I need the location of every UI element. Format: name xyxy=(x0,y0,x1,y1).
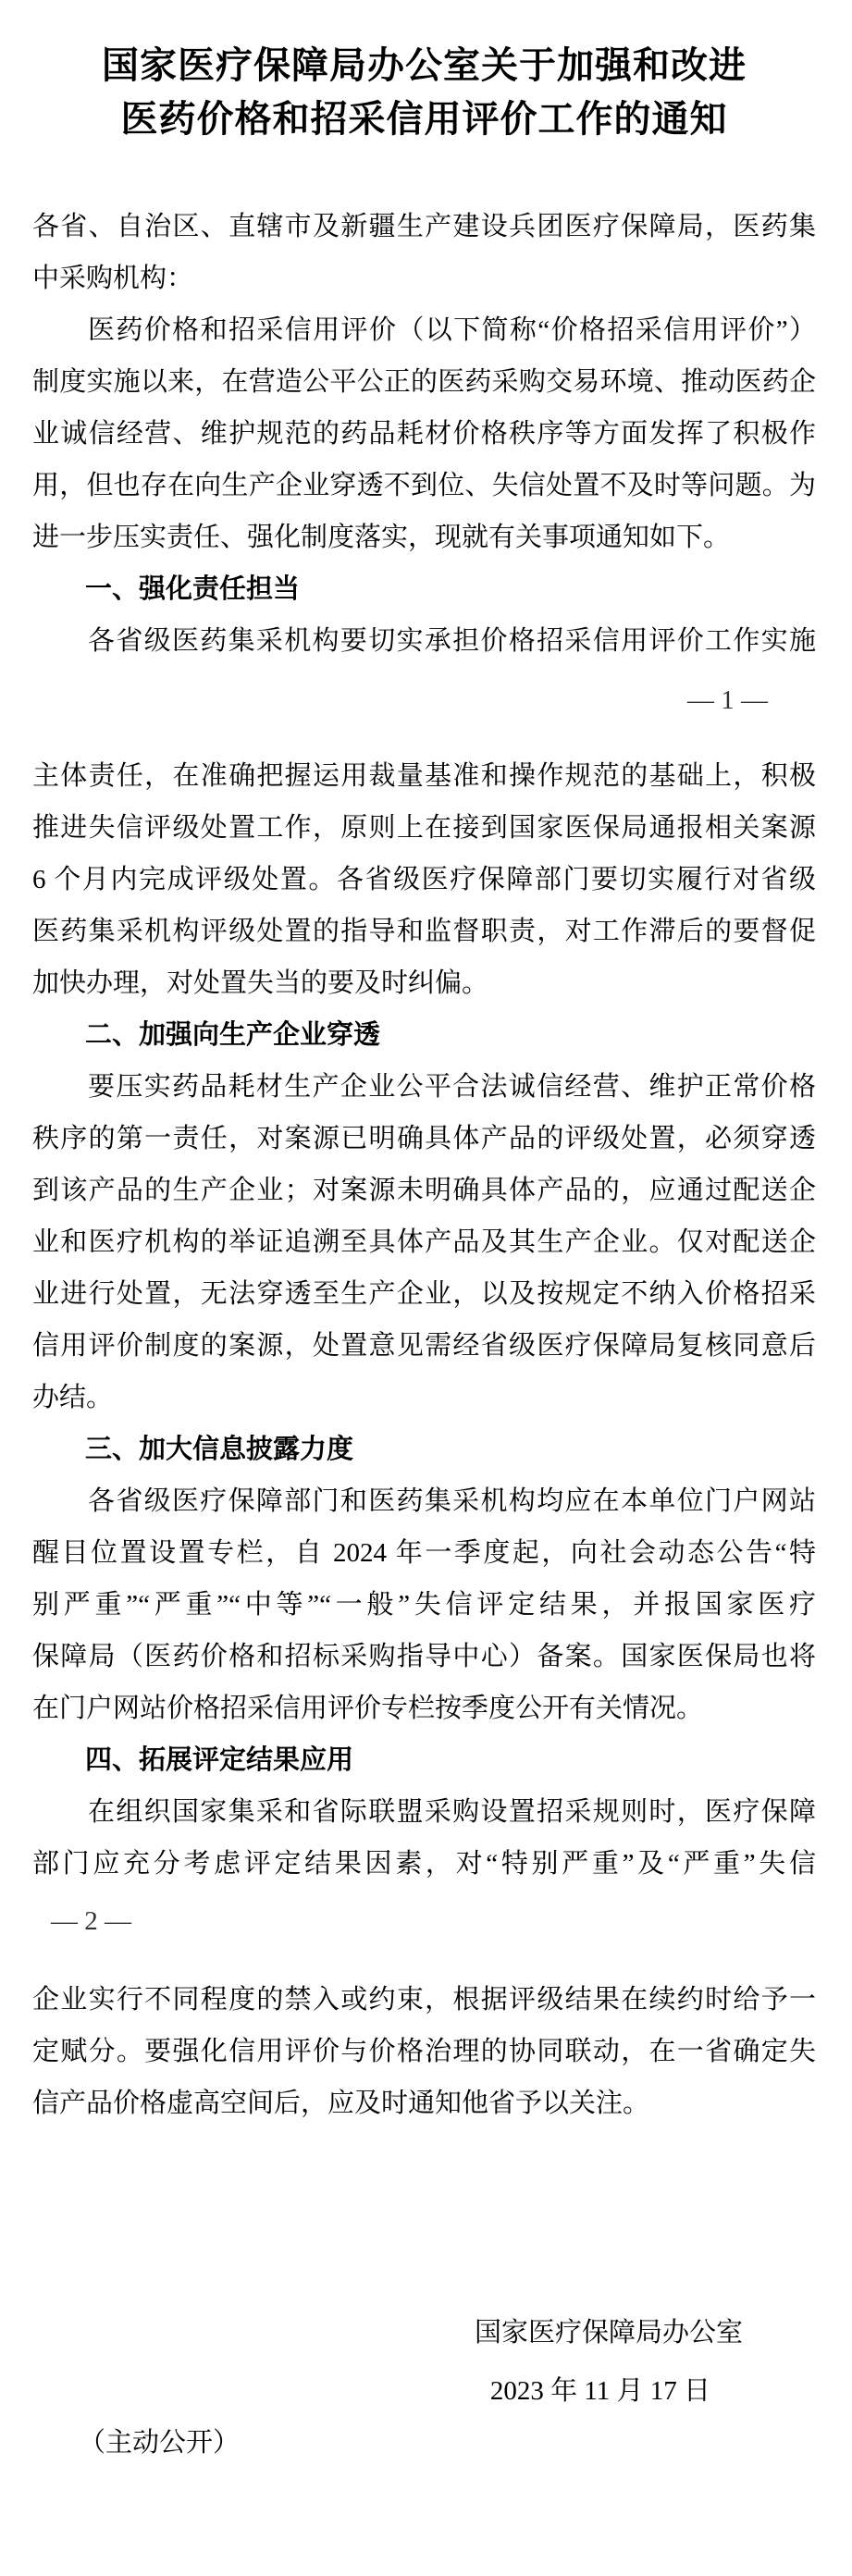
signature-line: 国家医疗保障局办公室 xyxy=(32,2307,816,2359)
text-line: 各省级医药集采机构要切实承担价格招采信用评价工作实施 xyxy=(32,615,816,667)
document-title-line-1: 国家医疗保障局办公室关于加强和改进 xyxy=(32,39,816,92)
document-body: 各省、自治区、直辖市及新疆生产建设兵团医疗保障局，医药集中采购机构：医药价格和招… xyxy=(32,201,816,2469)
text-line: 定赋分。要强化信用评价与价格治理的协同联动，在一省确定失 xyxy=(32,2026,816,2077)
text-line: 各省、自治区、直辖市及新疆生产建设兵团医疗保障局，医药集 xyxy=(32,201,816,253)
page-number: — 2 — xyxy=(32,1895,816,1947)
text-line: 信用评价制度的案源，处置意见需经省级医疗保障局复核同意后 xyxy=(32,1320,816,1372)
text-line: 醒目位置设置专栏，自 2024 年一季度起，向社会动态公告“特 xyxy=(32,1527,816,1579)
text-line: 部门应充分考虑评定结果因素，对“特别严重”及“严重”失信 xyxy=(32,1838,816,1890)
text-line: 在门户网站价格招采信用评价专栏按季度公开有关情况。 xyxy=(32,1682,816,1734)
document-title: 国家医疗保障局办公室关于加强和改进 医药价格和招采信用评价工作的通知 xyxy=(32,39,816,146)
text-line: 医药集采机构评级处置的指导和监督职责，对工作滞后的要督促 xyxy=(32,906,816,957)
text-line: 要压实药品耗材生产企业公平合法诚信经营、维护正常价格 xyxy=(32,1061,816,1113)
text-line: 信产品价格虚高空间后，应及时通知他省予以关注。 xyxy=(32,2077,816,2129)
document-page: 国家医疗保障局办公室关于加强和改进 医药价格和招采信用评价工作的通知 各省、自治… xyxy=(0,0,852,2576)
section-heading: 三、加大信息披露力度 xyxy=(32,1424,816,1475)
text-line: 进一步压实责任、强化制度落实，现就有关事项通知如下。 xyxy=(32,512,816,563)
section-heading: 四、拓展评定结果应用 xyxy=(32,1734,816,1786)
page-number: — 1 — xyxy=(32,674,816,726)
text-line: 办结。 xyxy=(32,1372,816,1424)
text-line: 别严重”“严重”“中等”“一般”失信评定结果，并报国家医疗 xyxy=(32,1579,816,1631)
document-title-line-2: 医药价格和招采信用评价工作的通知 xyxy=(32,92,816,146)
text-line: 各省级医疗保障部门和医药集采机构均应在本单位门户网站 xyxy=(32,1475,816,1527)
text-line: 业进行处置，无法穿透至生产企业，以及按规定不纳入价格招采 xyxy=(32,1268,816,1320)
text-line: 秩序的第一责任，对案源已明确具体产品的评级处置，必须穿透 xyxy=(32,1113,816,1165)
text-line: 加快办理，对处置失当的要及时纠偏。 xyxy=(32,957,816,1009)
date-line: 2023 年 11 月 17 日 xyxy=(32,2365,816,2417)
text-line: 中采购机构： xyxy=(32,253,816,304)
text-line: 业诚信经营、维护规范的药品耗材价格秩序等方面发挥了积极作 xyxy=(32,408,816,460)
text-line: 主体责任，在准确把握运用裁量基准和操作规范的基础上，积极 xyxy=(32,750,816,802)
text-line: 业和医疗机构的举证追溯至具体产品及其生产企业。仅对配送企 xyxy=(32,1216,816,1268)
text-line: 推进失信评级处置工作，原则上在接到国家医保局通报相关案源 xyxy=(32,802,816,854)
publish-note: （主动公开） xyxy=(32,2417,816,2469)
section-heading: 一、强化责任担当 xyxy=(32,563,816,615)
text-line: 医药价格和招采信用评价（以下简称“价格招采信用评价”） xyxy=(32,304,816,356)
text-line: 在组织国家集采和省际联盟采购设置招采规则时，医疗保障 xyxy=(32,1786,816,1838)
text-line: 到该产品的生产企业；对案源未明确具体产品的，应通过配送企 xyxy=(32,1165,816,1216)
section-heading: 二、加强向生产企业穿透 xyxy=(32,1009,816,1061)
text-line: 保障局（医药价格和招标采购指导中心）备案。国家医保局也将 xyxy=(32,1631,816,1682)
text-line: 企业实行不同程度的禁入或约束，根据评级结果在续约时给予一 xyxy=(32,1974,816,2026)
text-line: 6 个月内完成评级处置。各省级医疗保障部门要切实履行对省级 xyxy=(32,854,816,906)
text-line: 制度实施以来，在营造公平公正的医药采购交易环境、推动医药企 xyxy=(32,356,816,408)
text-line: 用，但也存在向生产企业穿透不到位、失信处置不及时等问题。为 xyxy=(32,460,816,512)
